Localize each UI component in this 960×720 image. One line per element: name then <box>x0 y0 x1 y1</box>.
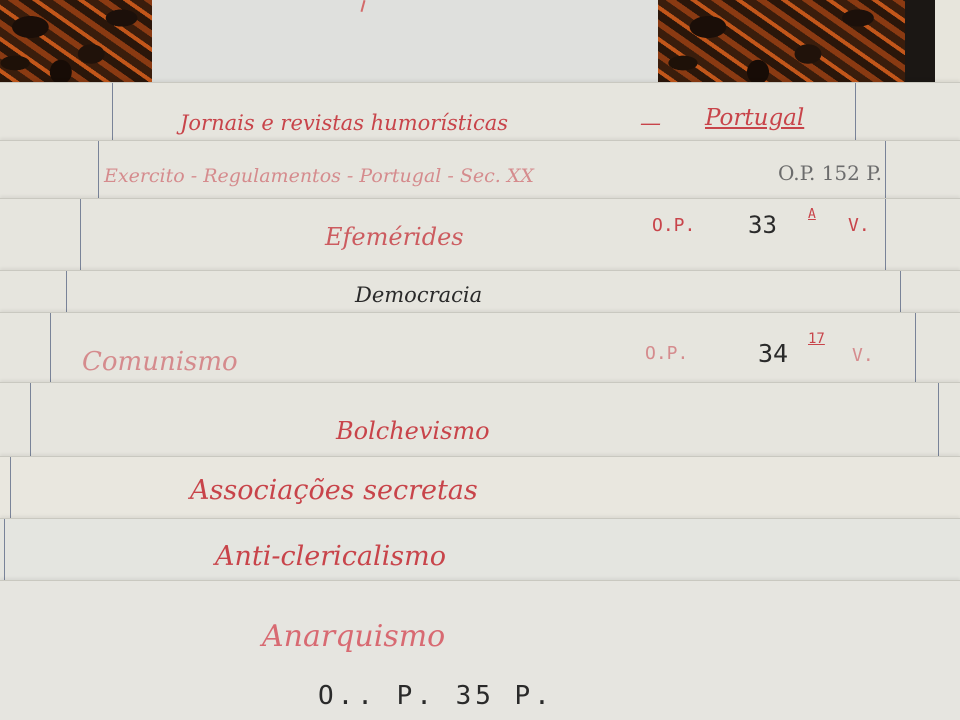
card-edge-line <box>80 199 81 279</box>
pencil-mark <box>360 0 365 12</box>
card-separator: — <box>640 111 661 135</box>
index-card-anticlericalismo: Anti-clericalismo <box>0 518 960 589</box>
marbled-divider-left <box>0 0 152 90</box>
card-heading: Efemérides <box>325 223 464 251</box>
call-prefix: O.P. <box>652 215 695 236</box>
card-edge-line <box>885 199 886 279</box>
call-number: O.P. 152 P. <box>778 161 882 185</box>
back-guide-card <box>152 0 658 82</box>
index-card-anarquismo: Anarquismo O.. P. 35 P. <box>0 580 960 720</box>
call-suffix: V. <box>852 345 874 366</box>
card-heading: Democracia <box>355 283 482 307</box>
marbled-divider-right <box>658 0 908 90</box>
call-number: O.. P. 35 P. <box>318 681 554 711</box>
index-card-associacoes: Associações secretas <box>0 456 960 527</box>
call-superscript: A <box>808 207 816 222</box>
card-heading: Comunismo <box>82 347 238 377</box>
card-edge-line <box>938 383 939 463</box>
card-heading: Exercito - Regulamentos - Portugal - Sec… <box>104 165 534 187</box>
call-number: 34 <box>758 339 788 368</box>
call-superscript: 17 <box>808 331 825 347</box>
card-heading-suffix: Portugal <box>705 105 804 131</box>
call-suffix: V. <box>848 215 870 236</box>
index-card-comunismo: Comunismo O.P. 34 17 V. <box>0 312 960 393</box>
card-edge-line <box>50 313 51 393</box>
index-card-bolchevismo: Bolchevismo <box>0 382 960 463</box>
drawer-edge <box>905 0 935 90</box>
card-heading: Associações secretas <box>190 475 478 506</box>
card-heading: Jornais e revistas humorísticas <box>180 111 508 135</box>
call-number: 33 <box>748 211 777 239</box>
card-heading: Anarquismo <box>262 619 445 654</box>
index-card-efemerides: Efemérides O.P. 33 A V. <box>0 198 960 279</box>
card-edge-line <box>10 457 11 527</box>
card-heading: Anti-clericalismo <box>215 541 446 572</box>
card-heading: Bolchevismo <box>336 417 490 445</box>
card-edge-line <box>4 519 5 589</box>
card-edge-line <box>915 313 916 393</box>
card-edge-line <box>30 383 31 463</box>
call-prefix: O.P. <box>645 343 688 364</box>
